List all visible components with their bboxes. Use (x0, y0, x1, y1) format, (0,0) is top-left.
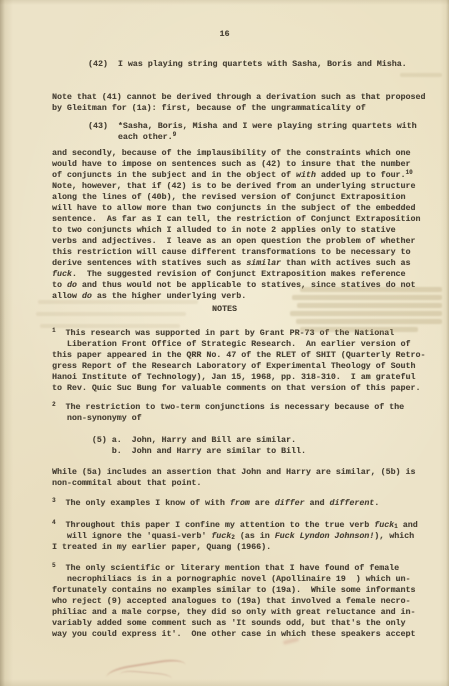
bleed-through-mark (297, 303, 442, 308)
bleed-through-mark (40, 324, 180, 328)
text-line: I treated in my earlier paper, Quang (19… (52, 542, 418, 553)
text-line: fuck. The suggested revision of Conjunct… (52, 269, 420, 280)
bleed-through-mark (36, 312, 186, 316)
footnote-4: 4 Throughout this paper I confine my att… (52, 520, 418, 553)
text-line: (43) *Sasha, Boris, Misha and I were pla… (88, 121, 417, 132)
text-line: of conjuncts in the subject and in the o… (52, 170, 420, 181)
text-line: to Rev. Quic Suc Bung for valuable comme… (52, 383, 425, 394)
bleed-through-mark (292, 295, 442, 300)
text-line: Liberation Front Office of Strategic Res… (52, 339, 425, 350)
paragraph-gleitman: Note that (41) cannot be derived through… (52, 92, 425, 114)
text-line: (42) I was playing string quartets with … (88, 59, 407, 70)
text-line: each other.9 (88, 132, 417, 143)
text-line: to two conjuncts which I alluded to in n… (52, 225, 420, 236)
footnote-5: 5 The only scientific or literary mentio… (52, 563, 415, 640)
text-line: non-synonymy of (52, 413, 404, 424)
scanned-document-page: 16 (42) I was playing string quartets wi… (0, 0, 449, 686)
pencil-smudge (120, 670, 173, 683)
text-line: variably added some comment such as 'It … (52, 618, 415, 629)
bleed-through-mark (300, 287, 442, 292)
text-line: necrophiliacs is in a pornographic novel… (52, 574, 415, 585)
text-line: and secondly, because of the implausibil… (52, 148, 420, 159)
text-line: non-commital about that point. (52, 478, 415, 489)
bleed-through-mark (400, 73, 442, 77)
paragraph-conjunct-extraposition: and secondly, because of the implausibil… (52, 148, 420, 302)
text-line: Note, however, that if (42) is to be der… (52, 181, 420, 192)
text-line: will have to allow more than two conjunc… (52, 203, 420, 214)
text-line: verbs and adjectives. I leave as an open… (52, 236, 420, 247)
text-line: (5) a. John, Harry and Bill are similar. (52, 435, 404, 446)
pencil-smudge (105, 657, 187, 685)
bleed-through-mark (290, 311, 442, 316)
text-line: 4 Throughout this paper I confine my att… (52, 520, 418, 531)
example-43: (43) *Sasha, Boris, Misha and I were pla… (88, 121, 417, 143)
bleed-through-mark (296, 319, 442, 324)
footnote-2-continuation: While (5a) includes an assertion that Jo… (52, 467, 415, 489)
text-line (52, 424, 404, 435)
text-line: who reject (9) accepted analogues to (19… (52, 596, 415, 607)
text-line: fortunately contains no examples similar… (52, 585, 415, 596)
text-line: 5 The only scientific or literary mentio… (52, 563, 415, 574)
footnote-2: 2 The restriction to two-term conjunctio… (52, 402, 404, 457)
text-line: will ignore the 'quasi-verb' fuck2 (as i… (52, 531, 418, 542)
text-line: gress Report of the Research Laboratory … (52, 361, 425, 372)
text-line: sentence. As far as I can tell, the rest… (52, 214, 420, 225)
text-line: would have to impose on sentences such a… (52, 159, 420, 170)
text-line: philiac and a male corpse, they did so o… (52, 607, 415, 618)
footnote-3: 3 The only examples I know of with from … (52, 498, 379, 509)
example-42: (42) I was playing string quartets with … (88, 59, 407, 70)
text-line: this paper appeared in the QRR No. 47 of… (52, 350, 425, 361)
text-line: way you could express it'. One other cas… (52, 629, 415, 640)
text-line: 2 The restriction to two-term conjunctio… (52, 402, 404, 413)
footnote-1: 1 This research was supported in part by… (52, 328, 425, 394)
text-line: b. John and Harry are similar to Bill. (52, 446, 404, 457)
text-line: derive sentences with statives such as s… (52, 258, 420, 269)
text-line: While (5a) includes an assertion that Jo… (52, 467, 415, 478)
page-number: 16 (0, 30, 449, 39)
text-line: by Gleitman for (1a): first, because of … (52, 103, 425, 114)
text-line: along the lines of (40b), the revised ve… (52, 192, 420, 203)
bleed-through-mark (38, 300, 198, 304)
text-line: Note that (41) cannot be derived through… (52, 92, 425, 103)
text-line: 3 The only examples I know of with from … (52, 498, 379, 509)
bleed-through-mark (300, 327, 418, 332)
text-line: this restriction will cause different tr… (52, 247, 420, 258)
text-line: Hanoi Institute of Technology), Jan 15, … (52, 372, 425, 383)
